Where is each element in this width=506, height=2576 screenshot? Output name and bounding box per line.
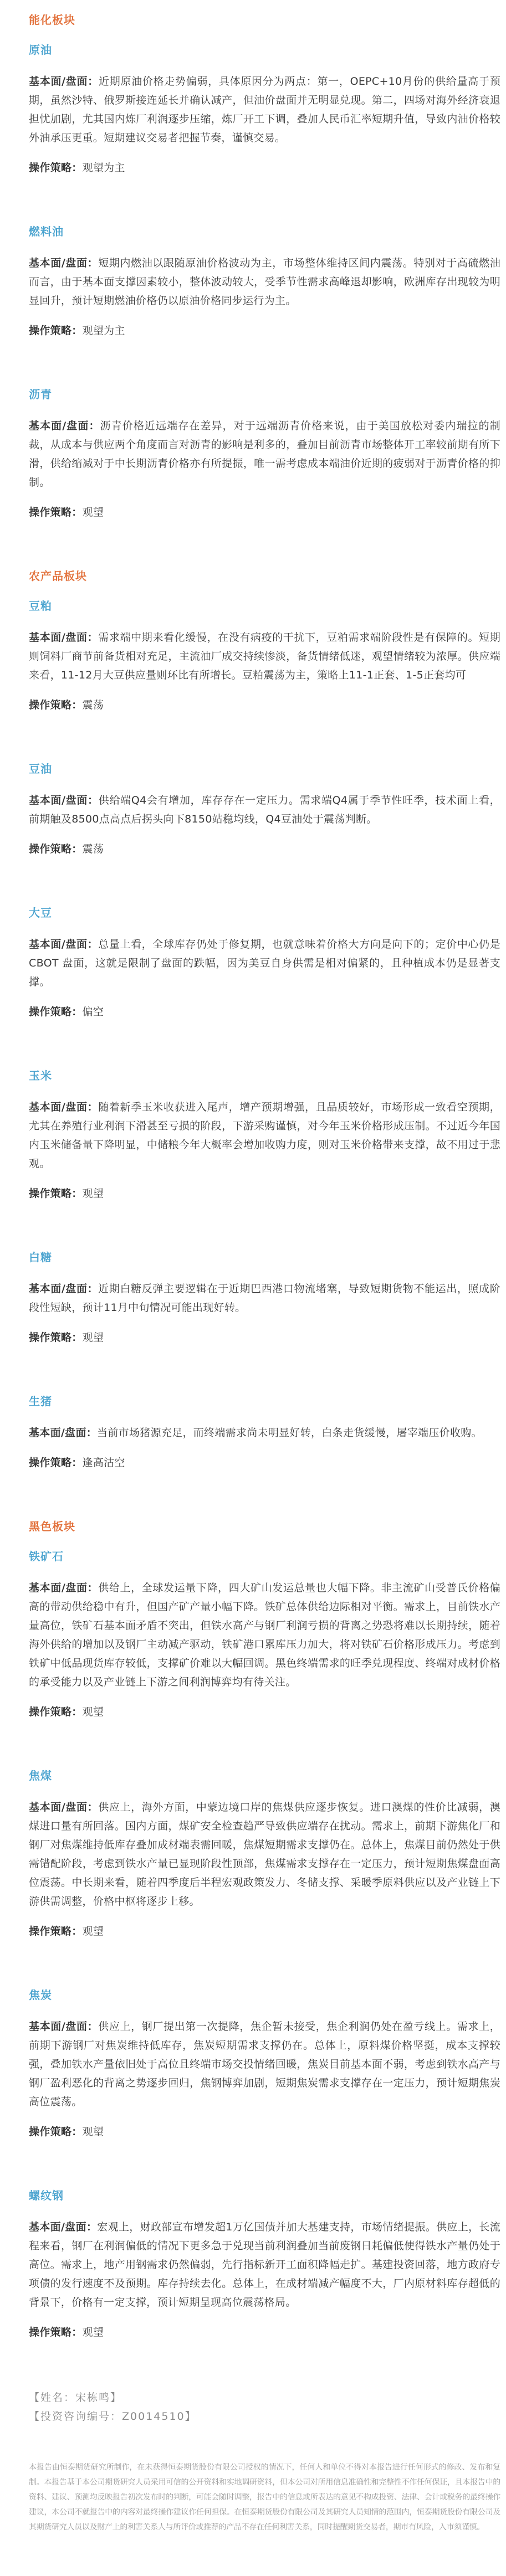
- strategy-paragraph: 操作策略：观望为主: [29, 321, 500, 340]
- commodity-title: 铁矿石: [29, 1549, 500, 1564]
- fundamentals-text: 沥青价格近远端存在差异，对于远端沥青价格来说，由于美国放松对委内瑞拉的制裁，从成…: [29, 420, 500, 489]
- strategy-text: 偏空: [83, 1006, 104, 1018]
- fundamentals-text: 近期原油价格走势偏弱，具体原因分为两点：第一，OEPC+10月份的供给量高于预期…: [29, 75, 500, 144]
- fundamentals-text: 短期内燃油以跟随原油价格波动为主，市场整体维持区间内震荡。特别对于高硫燃油而言，…: [29, 257, 500, 307]
- commodity-crude-oil: 原油 基本面/盘面：近期原油价格走势偏弱，具体原因分为两点：第一，OEPC+10…: [29, 42, 500, 177]
- commodity-title: 焦炭: [29, 1987, 500, 2003]
- section-title: 能化板块: [29, 12, 500, 28]
- fundamentals-paragraph: 基本面/盘面：供应上，钢厂提出第一次提降，焦企暂未接受，焦企利润仍处在盈亏线上。…: [29, 2017, 500, 2111]
- fundamentals-text: 当前市场猪源充足，而终端需求尚未明显好转，白条走货缓慢，屠宰端压价收购。: [97, 1427, 482, 1439]
- strategy-text: 观望为主: [83, 162, 125, 174]
- strategy-label: 操作策略：: [29, 1331, 83, 1344]
- author-license-number: 【投资咨询编号：Z0014510】: [29, 2407, 500, 2426]
- strategy-label: 操作策略：: [29, 699, 83, 711]
- author-name: 【姓名：宋栋鸣】: [29, 2388, 500, 2407]
- fundamentals-paragraph: 基本面/盘面：需求端中期来看化缓慢，在没有病疫的干扰下，豆粕需求端阶段性是有保障…: [29, 628, 500, 685]
- strategy-paragraph: 操作策略：观望: [29, 1703, 500, 1721]
- commodity-coking-coal: 焦煤 基本面/盘面：供应上，海外方面，中蒙边境口岸的焦煤供应逐步恢复。进口澳煤的…: [29, 1768, 500, 1941]
- fundamentals-text: 宏观上，财政部宣布增发超1万亿国债并加大基建支持，市场情绪提振。供应上，长流程来…: [29, 2221, 500, 2308]
- commodity-coke: 焦炭 基本面/盘面：供应上，钢厂提出第一次提降，焦企暂未接受，焦企利润仍处在盈亏…: [29, 1987, 500, 2141]
- commodity-live-hog: 生猪 基本面/盘面：当前市场猪源充足，而终端需求尚未明显好转，白条走货缓慢，屠宰…: [29, 1394, 500, 1472]
- fundamentals-paragraph: 基本面/盘面：供应上，海外方面，中蒙边境口岸的焦煤供应逐步恢复。进口澳煤的性价比…: [29, 1798, 500, 1911]
- commodity-title: 燃料油: [29, 224, 500, 239]
- strategy-text: 逢高沽空: [83, 1457, 125, 1469]
- fundamentals-paragraph: 基本面/盘面：当前市场猪源充足，而终端需求尚未明显好转，白条走货缓慢，屠宰端压价…: [29, 1423, 500, 1442]
- commodity-title: 豆粕: [29, 598, 500, 614]
- disclaimer-text: 本报告由恒泰期货研究所制作，在未获得恒泰期货股份有限公司授权的情况下，任何人和单…: [29, 2460, 500, 2535]
- author-info: 【姓名：宋栋鸣】 【投资咨询编号：Z0014510】: [29, 2388, 500, 2426]
- section-ferrous: 黑色板块 铁矿石 基本面/盘面：供给上，全球发运量下降，四大矿山发运总量也大幅下…: [29, 1519, 500, 2342]
- section-title: 黑色板块: [29, 1519, 500, 1534]
- fundamentals-text: 供给端Q4会有增加，库存存在一定压力。需求端Q4属于季节性旺季，技术面上看，前期…: [29, 794, 500, 825]
- fundamentals-label: 基本面/盘面：: [29, 420, 100, 432]
- report-page: 能化板块 原油 基本面/盘面：近期原油价格走势偏弱，具体原因分为两点：第一，OE…: [0, 0, 506, 2576]
- strategy-paragraph: 操作策略：观望为主: [29, 158, 500, 177]
- commodity-soybean: 大豆 基本面/盘面：总量上看，全球库存仍处于修复期，也就意味着价格大方向是向下的…: [29, 905, 500, 1021]
- strategy-text: 观望: [83, 2126, 104, 2138]
- section-agriculture: 农产品板块 豆粕 基本面/盘面：需求端中期来看化缓慢，在没有病疫的干扰下，豆粕需…: [29, 568, 500, 1472]
- fundamentals-text: 供应上，海外方面，中蒙边境口岸的焦煤供应逐步恢复。进口澳煤的性价比减弱，澳煤进口…: [29, 1801, 500, 1907]
- commodity-soybean-meal: 豆粕 基本面/盘面：需求端中期来看化缓慢，在没有病疫的干扰下，豆粕需求端阶段性是…: [29, 598, 500, 714]
- fundamentals-paragraph: 基本面/盘面：宏观上，财政部宣布增发超1万亿国债并加大基建支持，市场情绪提振。供…: [29, 2218, 500, 2312]
- strategy-text: 观望: [83, 1187, 104, 1200]
- commodity-title: 原油: [29, 42, 500, 58]
- strategy-text: 观望: [83, 1331, 104, 1344]
- fundamentals-paragraph: 基本面/盘面：沥青价格近远端存在差异，对于远端沥青价格来说，由于美国放松对委内瑞…: [29, 417, 500, 492]
- fundamentals-label: 基本面/盘面：: [29, 794, 99, 806]
- commodity-title: 焦煤: [29, 1768, 500, 1783]
- fundamentals-label: 基本面/盘面：: [29, 75, 99, 88]
- strategy-paragraph: 操作策略：逢高沽空: [29, 1453, 500, 1472]
- commodity-title: 螺纹钢: [29, 2188, 500, 2203]
- commodity-asphalt: 沥青 基本面/盘面：沥青价格近远端存在差异，对于远端沥青价格来说，由于美国放松对…: [29, 387, 500, 522]
- commodity-sugar: 白糖 基本面/盘面：近期白糖反弹主要逻辑在于近期巴西港口物流堵塞，导致短期货物不…: [29, 1250, 500, 1347]
- strategy-text: 震荡: [83, 699, 104, 711]
- commodity-title: 玉米: [29, 1068, 500, 1083]
- strategy-label: 操作策略：: [29, 506, 83, 518]
- strategy-paragraph: 操作策略：观望: [29, 503, 500, 522]
- commodity-corn: 玉米 基本面/盘面：随着新季玉米收获进入尾声，增产预期增强，且品质较好，市场形成…: [29, 1068, 500, 1203]
- fundamentals-text: 需求端中期来看化缓慢，在没有病疫的干扰下，豆粕需求端阶段性是有保障的。短期则饲料…: [29, 631, 500, 681]
- strategy-text: 观望为主: [83, 325, 125, 337]
- strategy-paragraph: 操作策略：观望: [29, 1184, 500, 1203]
- fundamentals-label: 基本面/盘面：: [29, 257, 98, 269]
- strategy-label: 操作策略：: [29, 1457, 83, 1469]
- fundamentals-text: 近期白糖反弹主要逻辑在于近期巴西港口物流堵塞，导致短期货物不能运出，照成阶段性短…: [29, 1283, 500, 1314]
- section-title: 农产品板块: [29, 568, 500, 584]
- commodity-title: 大豆: [29, 905, 500, 921]
- strategy-text: 观望: [83, 506, 104, 518]
- commodity-rebar: 螺纹钢 基本面/盘面：宏观上，财政部宣布增发超1万亿国债并加大基建支持，市场情绪…: [29, 2188, 500, 2342]
- fundamentals-paragraph: 基本面/盘面：总量上看，全球库存仍处于修复期，也就意味着价格大方向是向下的；定价…: [29, 935, 500, 991]
- fundamentals-paragraph: 基本面/盘面：近期原油价格走势偏弱，具体原因分为两点：第一，OEPC+10月份的…: [29, 72, 500, 147]
- strategy-paragraph: 操作策略：观望: [29, 2122, 500, 2141]
- strategy-label: 操作策略：: [29, 843, 83, 855]
- strategy-label: 操作策略：: [29, 1006, 83, 1018]
- strategy-text: 震荡: [83, 843, 104, 855]
- strategy-label: 操作策略：: [29, 2326, 83, 2338]
- fundamentals-label: 基本面/盘面：: [29, 2221, 97, 2233]
- fundamentals-text: 供给上，全球发运量下降，四大矿山发运总量也大幅下降。非主流矿山受普氏价格偏高的带…: [29, 1582, 500, 1688]
- commodity-soybean-oil: 豆油 基本面/盘面：供给端Q4会有增加，库存存在一定压力。需求端Q4属于季节性旺…: [29, 761, 500, 858]
- strategy-paragraph: 操作策略：震荡: [29, 696, 500, 714]
- fundamentals-label: 基本面/盘面：: [29, 1283, 98, 1295]
- strategy-label: 操作策略：: [29, 2126, 83, 2138]
- strategy-paragraph: 操作策略：偏空: [29, 1002, 500, 1021]
- fundamentals-label: 基本面/盘面：: [29, 1427, 97, 1439]
- strategy-paragraph: 操作策略：观望: [29, 1922, 500, 1941]
- fundamentals-label: 基本面/盘面：: [29, 1582, 98, 1594]
- fundamentals-paragraph: 基本面/盘面：供给端Q4会有增加，库存存在一定压力。需求端Q4属于季节性旺季，技…: [29, 791, 500, 829]
- strategy-paragraph: 操作策略：观望: [29, 1328, 500, 1347]
- fundamentals-text: 总量上看，全球库存仍处于修复期，也就意味着价格大方向是向下的；定价中心仍是 CB…: [29, 938, 500, 988]
- fundamentals-label: 基本面/盘面：: [29, 1801, 98, 1813]
- strategy-label: 操作策略：: [29, 162, 83, 174]
- fundamentals-paragraph: 基本面/盘面：近期白糖反弹主要逻辑在于近期巴西港口物流堵塞，导致短期货物不能运出…: [29, 1279, 500, 1317]
- commodity-title: 白糖: [29, 1250, 500, 1265]
- commodity-fuel-oil: 燃料油 基本面/盘面：短期内燃油以跟随原油价格波动为主，市场整体维持区间内震荡。…: [29, 224, 500, 340]
- fundamentals-label: 基本面/盘面：: [29, 631, 98, 644]
- fundamentals-label: 基本面/盘面：: [29, 2020, 98, 2033]
- strategy-label: 操作策略：: [29, 325, 83, 337]
- strategy-label: 操作策略：: [29, 1706, 83, 1718]
- fundamentals-text: 供应上，钢厂提出第一次提降，焦企暂未接受，焦企利润仍处在盈亏线上。需求上，前期下…: [29, 2020, 500, 2108]
- commodity-title: 沥青: [29, 387, 500, 402]
- fundamentals-label: 基本面/盘面：: [29, 1101, 98, 1113]
- section-energy-chemical: 能化板块 原油 基本面/盘面：近期原油价格走势偏弱，具体原因分为两点：第一，OE…: [29, 12, 500, 522]
- commodity-title: 生猪: [29, 1394, 500, 1409]
- strategy-text: 观望: [83, 1925, 104, 1937]
- strategy-paragraph: 操作策略：观望: [29, 2323, 500, 2342]
- strategy-text: 观望: [83, 1706, 104, 1718]
- fundamentals-paragraph: 基本面/盘面：随着新季玉米收获进入尾声，增产预期增强，且品质较好，市场形成一致看…: [29, 1098, 500, 1173]
- strategy-label: 操作策略：: [29, 1187, 83, 1200]
- strategy-paragraph: 操作策略：震荡: [29, 840, 500, 858]
- fundamentals-paragraph: 基本面/盘面：短期内燃油以跟随原油价格波动为主，市场整体维持区间内震荡。特别对于…: [29, 254, 500, 310]
- commodity-iron-ore: 铁矿石 基本面/盘面：供给上，全球发运量下降，四大矿山发运总量也大幅下降。非主流…: [29, 1549, 500, 1721]
- fundamentals-label: 基本面/盘面：: [29, 938, 98, 950]
- fundamentals-text: 随着新季玉米收获进入尾声，增产预期增强，且品质较好，市场形成一致看空预期，尤其在…: [29, 1101, 500, 1170]
- strategy-text: 观望: [83, 2326, 104, 2338]
- commodity-title: 豆油: [29, 761, 500, 777]
- fundamentals-paragraph: 基本面/盘面：供给上，全球发运量下降，四大矿山发运总量也大幅下降。非主流矿山受普…: [29, 1578, 500, 1691]
- strategy-label: 操作策略：: [29, 1925, 83, 1937]
